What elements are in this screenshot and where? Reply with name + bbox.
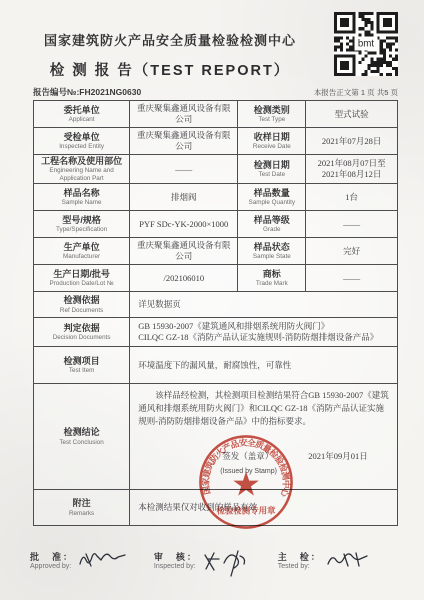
label-zh: 工程名称及使用部位: [41, 156, 122, 166]
page-indicator: 本报告正文第 1 页 共5 页: [314, 87, 398, 98]
label-en: Trade Mark: [256, 280, 288, 287]
label-en: Sample Name: [62, 199, 102, 206]
report-header: 国家建筑防火产品安全质量检验检测中心 检 测 报 告（TEST REPORT）: [0, 30, 340, 80]
label-zh: 生产日期/批号: [53, 269, 110, 279]
field-label: 检测依据Ref Documents: [34, 292, 130, 317]
field-value: 完好: [306, 238, 397, 264]
qr-code: bmt: [334, 12, 398, 76]
field-label: 样品数量Sample Quantity: [238, 184, 306, 210]
label-en: Production Date/Lot №: [50, 280, 114, 287]
table-row: 生产日期/批号Production Date/Lot № /202106010 …: [34, 265, 397, 292]
field-label: 生产日期/批号Production Date/Lot №: [34, 265, 130, 291]
label-zh: 样品名称: [64, 188, 100, 198]
field-value: 1台: [306, 184, 397, 210]
tested-by-label-en: Tested by:: [278, 563, 322, 571]
approved-by-label-en: Approved by:: [30, 563, 74, 571]
label-zh: 检测依据: [64, 295, 100, 305]
field-label: 附注Remarks: [34, 490, 130, 525]
table-row-ref-documents: 检测依据Ref Documents 详见数据页: [34, 292, 397, 318]
inspected-by-group: 审 核： Inspected by:: [154, 552, 278, 578]
label-en: Manufacturer: [63, 253, 100, 260]
approved-by-group: 批 准： Approved by:: [30, 552, 154, 578]
field-label: 受检单位Inspected Entity: [34, 128, 130, 154]
report-number: 报告编号№:FH2021NG0630: [33, 86, 141, 98]
field-value: ——: [306, 211, 397, 237]
label-zh: 委托单位: [64, 105, 100, 115]
label-en: Decision Documents: [53, 334, 111, 341]
field-value: 2021年08月07日至2021年08月12日: [306, 155, 397, 183]
field-value: ——: [306, 265, 397, 291]
label-en: Test Type: [258, 116, 285, 123]
table-row: 样品名称Sample Name 排烟阀 样品数量Sample Quantity …: [34, 184, 397, 211]
decision-doc-line2: CILQC GZ-18《消防产品认证实施规则-消防防烟排烟设备产品》: [138, 332, 378, 343]
table-row: 型号/规格Type/Specification PYF SDc-YK-2000×…: [34, 211, 397, 238]
label-zh: 检测项目: [64, 356, 100, 366]
signature-footer: 批 准： Approved by: 审 核： Inspected by: 主 检…: [30, 552, 402, 578]
label-en: Ref Documents: [60, 307, 103, 314]
field-value: 型式试验: [306, 101, 397, 127]
table-row-decision-documents: 判定依据Decision Documents GB 15930-2007《建筑通…: [34, 318, 397, 347]
organization-name: 国家建筑防火产品安全质量检验检测中心: [0, 30, 340, 49]
field-value: 重庆聚集鑫通风设备有限公司: [130, 128, 238, 154]
label-zh: 生产单位: [64, 242, 100, 252]
label-zh: 附注: [73, 498, 91, 508]
label-zh: 样品状态: [254, 242, 290, 252]
label-en: Inspected Entity: [59, 143, 104, 150]
label-zh: 样品等级: [254, 215, 290, 225]
field-value: /202106010: [130, 265, 238, 291]
label-en: Test Conclusion: [59, 439, 103, 446]
table-row: 委托单位Applicant 重庆聚集鑫通风设备有限公司 检测类别Test Typ…: [34, 101, 397, 128]
field-label: 收样日期Receive Date: [238, 128, 306, 154]
field-value: 详见数据页: [130, 292, 397, 317]
inspected-by-labels: 审 核： Inspected by:: [154, 552, 198, 571]
label-en: Sample Quantity: [249, 199, 296, 206]
label-en: Applicant: [69, 116, 95, 123]
table-row-test-item: 检测项目Test Item 环境温度下的漏风量，耐腐蚀性，可靠性: [34, 347, 397, 384]
label-zh: 商标: [263, 269, 281, 279]
field-value: ——: [130, 155, 238, 183]
label-zh: 样品数量: [254, 188, 290, 198]
field-label: 商标Trade Mark: [238, 265, 306, 291]
signature-tested: [324, 548, 374, 572]
issue-date: 2021年09月01日: [308, 450, 368, 462]
field-label: 工程名称及使用部位Engineering Name and Applicatio…: [34, 155, 130, 183]
field-value: 环境温度下的漏风量，耐腐蚀性，可靠性: [130, 347, 397, 383]
label-zh: 收样日期: [254, 132, 290, 142]
table-row: 生产单位Manufacturer 重庆聚集鑫通风设备有限公司 样品状态Sampl…: [34, 238, 397, 265]
field-value: 重庆聚集鑫通风设备有限公司: [130, 238, 238, 264]
field-value: PYF SDc-YK-2000×1000: [130, 211, 238, 237]
inspected-by-label-zh: 审 核：: [154, 552, 198, 562]
field-label: 检测类别Test Type: [238, 101, 306, 127]
label-en: Engineering Name and Application Part: [37, 167, 126, 181]
tested-by-label-zh: 主 检：: [278, 552, 322, 562]
qr-label: bmt: [358, 39, 375, 50]
label-en: Remarks: [69, 510, 94, 517]
test-report-page: bmt 国家建筑防火产品安全质量检验检测中心 检 测 报 告（TEST REPO…: [0, 0, 424, 600]
field-label: 生产单位Manufacturer: [34, 238, 130, 264]
label-zh: 受检单位: [64, 132, 100, 142]
official-stamp: 国家建筑防火产品安全质量检验检测中心 ★ 检验检测专用章: [197, 433, 295, 531]
signature-approved: [76, 548, 132, 574]
field-value: 重庆聚集鑫通风设备有限公司: [130, 101, 238, 127]
conclusion-text: 该样品经检测，其检测项目检测结果符合GB 15930-2007《建筑通风和排烟系…: [138, 389, 389, 427]
table-row: 工程名称及使用部位Engineering Name and Applicatio…: [34, 155, 397, 184]
field-label: 检测日期Test Date: [238, 155, 306, 183]
label-en: Grade: [263, 226, 281, 233]
field-label: 委托单位Applicant: [34, 101, 130, 127]
inspected-by-label-en: Inspected by:: [154, 563, 198, 571]
label-zh: 型号/规格: [62, 215, 101, 225]
label-zh: 检测结论: [64, 427, 100, 437]
field-label: 型号/规格Type/Specification: [34, 211, 130, 237]
label-zh: 检测日期: [254, 160, 290, 170]
tested-by-group: 主 检： Tested by:: [278, 552, 402, 578]
label-en: Test Date: [258, 171, 285, 178]
field-label: 样品状态Sample State: [238, 238, 306, 264]
field-label: 样品名称Sample Name: [34, 184, 130, 210]
field-label: 判定依据Decision Documents: [34, 318, 130, 346]
field-value: GB 15930-2007《建筑通风和排烟系统用防火阀门》 CILQC GZ-1…: [130, 318, 397, 346]
field-label: 样品等级Grade: [238, 211, 306, 237]
label-en: Test Item: [69, 367, 95, 374]
table-row: 受检单位Inspected Entity 重庆聚集鑫通风设备有限公司 收样日期R…: [34, 128, 397, 155]
label-en: Sample State: [253, 253, 291, 260]
label-en: Type/Specification: [56, 226, 107, 233]
stamp-bottom-text: 检验检测专用章: [217, 505, 276, 515]
signature-inspected: [200, 548, 252, 578]
decision-doc-line1: GB 15930-2007《建筑通风和排烟系统用防火阀门》: [138, 321, 329, 332]
label-zh: 判定依据: [64, 323, 100, 333]
stamp-star-icon: ★: [231, 467, 261, 504]
field-value: 排烟阀: [130, 184, 238, 210]
field-value: 2021年07月28日: [306, 128, 397, 154]
field-label: 检测项目Test Item: [34, 347, 130, 383]
approved-by-labels: 批 准： Approved by:: [30, 552, 74, 571]
report-meta: 报告编号№:FH2021NG0630 本报告正文第 1 页 共5 页: [33, 86, 398, 98]
field-label: 检测结论Test Conclusion: [34, 384, 130, 489]
label-zh: 检测类别: [254, 105, 290, 115]
label-en: Receive Date: [253, 143, 291, 150]
approved-by-label-zh: 批 准：: [30, 552, 74, 562]
tested-by-labels: 主 检： Tested by:: [278, 552, 322, 571]
report-title: 检 测 报 告（TEST REPORT）: [0, 59, 340, 80]
